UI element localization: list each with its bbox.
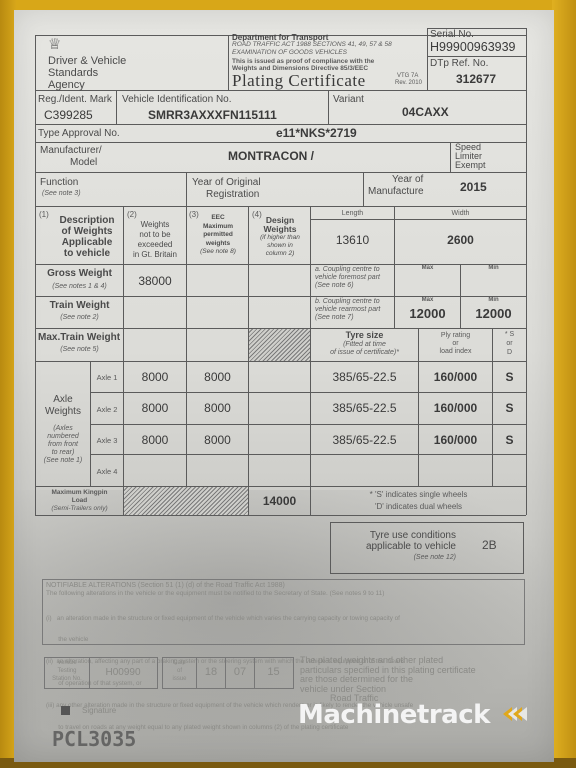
alterations-heading: NOTIFIABLE ALTERATIONS (Section 51 (1) (… xyxy=(46,582,285,589)
type-approval-value: e11*NKS*2719 xyxy=(276,127,357,139)
reg-mark-value: C399285 xyxy=(44,109,93,121)
width-label: Width xyxy=(395,210,526,217)
train-weight-label: Train Weight xyxy=(36,300,123,311)
axle-gb-cell: 8000 xyxy=(124,370,186,384)
agency-line-3: Agency xyxy=(48,80,85,91)
year-orig-label-1: Year of Original xyxy=(192,178,261,188)
col3-header: EEC Maximum permitted weights (See note … xyxy=(187,214,249,257)
function-label: Function xyxy=(40,178,78,188)
serial-label: Serial No. xyxy=(430,30,474,40)
act-line-1: ROAD TRAFFIC ACT 1988 SECTIONS 41, 49, 5… xyxy=(232,42,392,49)
tyre-use-value: 2B xyxy=(482,539,497,551)
axle-ply-cell: 160/000 xyxy=(419,370,492,384)
length-value: 13610 xyxy=(311,233,394,247)
year-orig-label-2: Registration xyxy=(206,190,259,200)
gross-weight-note: (See notes 1 & 4) xyxy=(36,283,123,290)
axle-ply-cell: 160/000 xyxy=(419,401,492,415)
axle-row-label: Axle 1 xyxy=(91,373,123,382)
length-label: Length xyxy=(311,210,394,217)
max-train-weight-label: Max.Train Weight xyxy=(38,332,120,343)
axle-ply-cell: 160/000 xyxy=(419,433,492,447)
axle-eec-cell: 8000 xyxy=(187,433,248,447)
col1-header: Description of Weights Applicable to veh… xyxy=(52,215,122,259)
function-note: (See note 3) xyxy=(42,190,81,197)
speed-limiter-3: Exempt xyxy=(455,161,486,170)
axle-sd-cell: S xyxy=(493,433,526,447)
axle-weights-label: Axle Weights xyxy=(36,394,90,418)
axle-sd-cell: S xyxy=(493,401,526,415)
royal-crest-icon: ♕ xyxy=(48,37,61,52)
tyre-size-label: Tyre size xyxy=(311,330,418,340)
manufacturer-value: MONTRACON / xyxy=(228,150,314,162)
axle-tyre-cell: 385/65-22.5 xyxy=(311,401,418,415)
coupling-a-min-label: Min xyxy=(461,265,526,271)
coupling-b-label: b. Coupling centre to vehicle rearmost p… xyxy=(315,298,380,322)
agency-line-2: Standards xyxy=(48,68,98,79)
hatched-cell xyxy=(249,329,310,361)
reg-mark-label: Reg./Ident. Mark xyxy=(38,95,112,105)
alterations-intro: The following alterations in the vehicle… xyxy=(46,591,384,598)
signature-checkbox[interactable] xyxy=(61,706,70,715)
col2-num: (2) xyxy=(127,211,137,219)
axle-eec-cell: 8000 xyxy=(187,370,248,384)
manufacturer-label-1: Manufacturer/ xyxy=(40,146,102,156)
coupling-b-max-label: Max xyxy=(395,297,460,303)
single-dual-label: * S or D xyxy=(493,330,526,357)
max-train-weight-note: (See note 5) xyxy=(36,346,123,353)
tyre-size-note: (Fitted at time of issue of certificate)… xyxy=(311,341,418,357)
date-label: Date of issue xyxy=(163,659,196,683)
kingpin-label: Maximum Kingpin Load (Semi-Trailers only… xyxy=(36,489,123,513)
manufacturer-label-2: Model xyxy=(70,158,97,168)
date-year: 15 xyxy=(255,666,292,678)
col2-header: Weights not to be exceeded in Gt. Britai… xyxy=(124,220,186,260)
axle-tyre-cell: 385/65-22.5 xyxy=(311,433,418,447)
coupling-b-min-value: 12000 xyxy=(461,306,526,321)
certificate-title: Plating Certificate xyxy=(232,72,366,89)
gross-weight-label: Gross Weight xyxy=(36,268,123,279)
form-rev: Rev. 2010 xyxy=(395,80,422,86)
plated-statement: The plated weights and other plated part… xyxy=(300,656,476,704)
year-mfg-value: 2015 xyxy=(460,181,487,193)
axle-tyre-cell: 385/65-22.5 xyxy=(311,370,418,384)
dual-wheels-note: 'D' indicates dual wheels xyxy=(311,502,526,511)
dtp-ref-value: 312677 xyxy=(456,73,496,85)
ply-rating-label: Ply rating or load index xyxy=(419,332,492,356)
axle-eec-cell: 8000 xyxy=(187,401,248,415)
kingpin-value: 14000 xyxy=(249,494,310,508)
axle-gb-cell: 8000 xyxy=(124,401,186,415)
axle-sd-cell: S xyxy=(493,370,526,384)
axle-row-label: Axle 3 xyxy=(91,436,123,445)
kingpin-hatched-cell xyxy=(124,487,248,515)
train-weight-note: (See note 2) xyxy=(36,314,123,321)
signature-label: Signature xyxy=(82,707,116,715)
form-code: VTG 7A xyxy=(397,73,418,79)
type-approval-label: Type Approval No. xyxy=(38,129,120,139)
year-mfg-label-1: Year of xyxy=(392,175,423,185)
axle-row-label: Axle 2 xyxy=(91,405,123,414)
year-mfg-label-2: Manufacture xyxy=(368,187,424,197)
date-month: 07 xyxy=(226,666,254,678)
tyre-use-label: Tyre use conditions applicable to vehicl… xyxy=(360,530,456,563)
coupling-b-min-label: Min xyxy=(461,297,526,303)
col1-num: (1) xyxy=(39,211,49,219)
col4-header: Design Weights (if higher than shown in … xyxy=(250,216,310,258)
station-value: H00990 xyxy=(90,667,156,678)
station-label: Vehicle Testing Station No. xyxy=(45,659,89,683)
variant-value: 04CAXX xyxy=(402,106,449,118)
handwritten-stamp: PCL3035 xyxy=(52,727,136,751)
coupling-b-max-value: 12000 xyxy=(395,306,460,321)
gross-weight-gb: 38000 xyxy=(124,274,186,288)
width-value: 2600 xyxy=(395,233,526,247)
coupling-a-max-label: Max xyxy=(395,265,460,271)
machinetrack-watermark: Machinetrack xyxy=(298,700,490,730)
axle-row-label: Axle 4 xyxy=(91,467,123,476)
axle-gb-cell: 8000 xyxy=(124,433,186,447)
dtp-ref-label: DTp Ref. No. xyxy=(430,59,488,69)
vin-label: Vehicle Identification No. xyxy=(122,95,232,105)
axle-weights-note: (Axles numbered from front to rear) (See… xyxy=(36,425,90,465)
agency-line-1: Driver & Vehicle xyxy=(48,56,126,67)
serial-value: H99900963939 xyxy=(430,41,516,54)
date-day: 18 xyxy=(197,666,225,678)
coupling-a-label: a. Coupling centre to vehicle foremost p… xyxy=(315,266,380,290)
single-wheels-note: * 'S' indicates single wheels xyxy=(311,490,526,499)
vin-value: SMRR3AXXXFN115111 xyxy=(148,109,277,121)
variant-label: Variant xyxy=(333,95,364,105)
act-line-2: EXAMINATION OF GOODS VEHICLES xyxy=(232,50,347,57)
